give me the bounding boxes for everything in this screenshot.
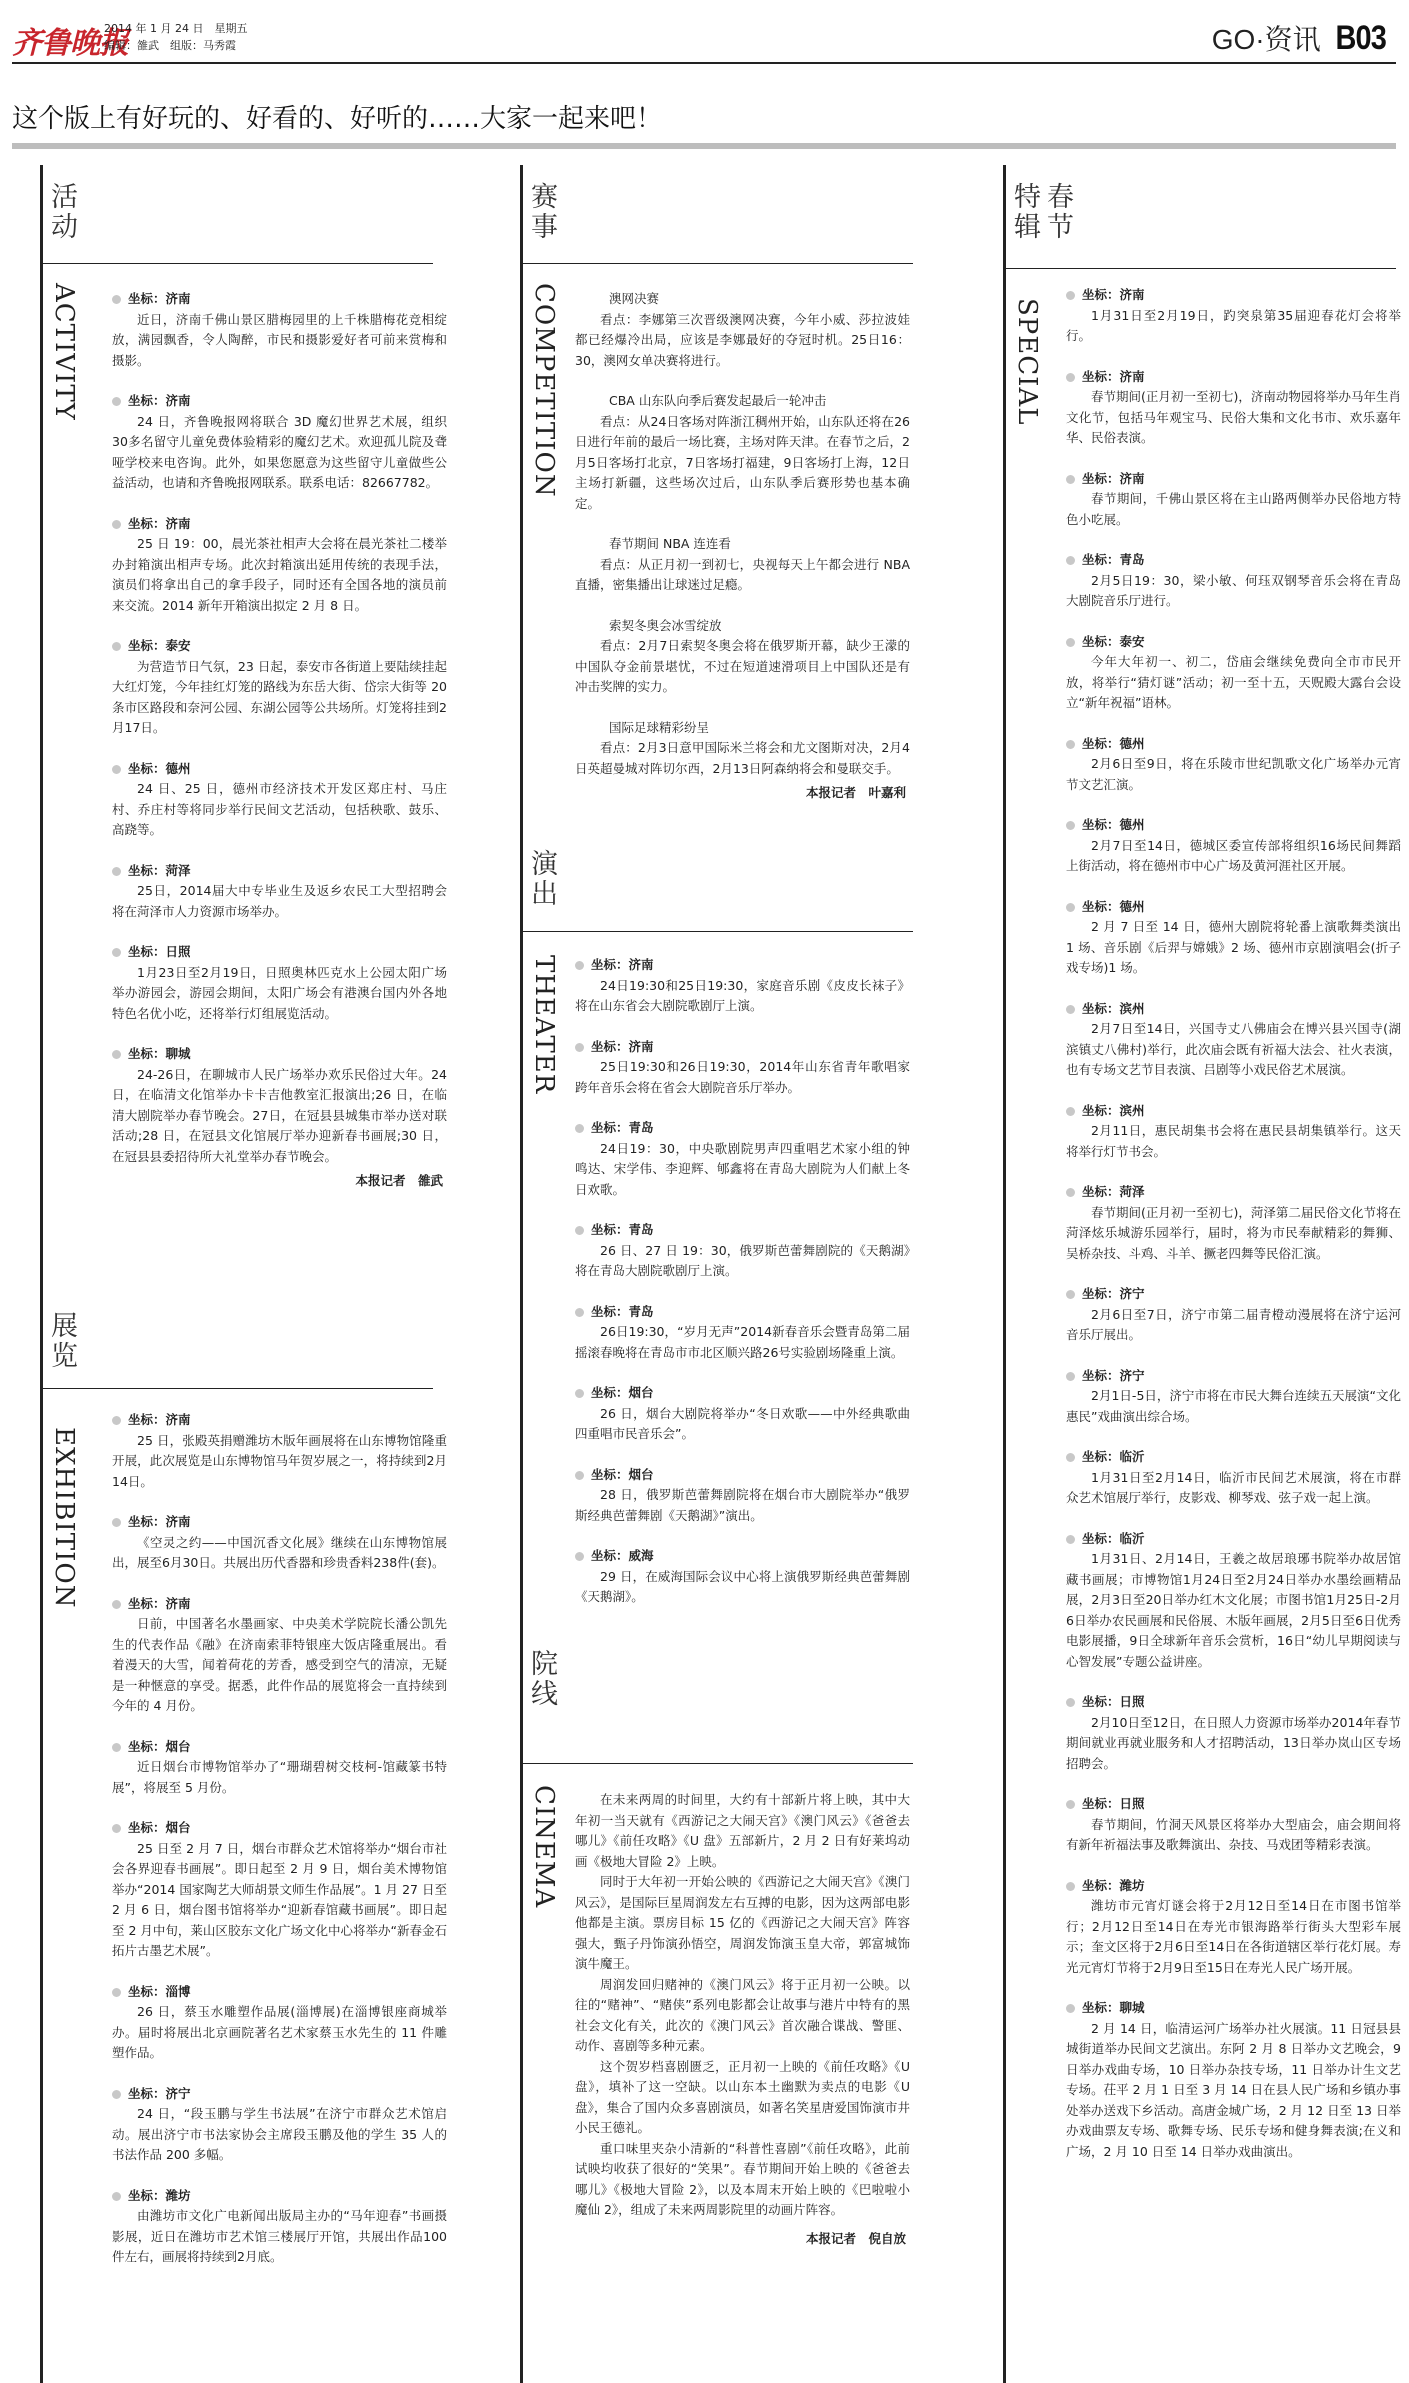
list-item: 国际足球精彩纷呈看点：2月3日意甲国际米兰将会和尤文图斯对决，2月4日英超曼城对… [575, 718, 910, 780]
entry-location: 坐标：济南 [112, 514, 447, 535]
entry-location: 坐标：菏泽 [1066, 1182, 1401, 1203]
entry-location: 坐标：临沂 [1066, 1447, 1401, 1468]
list-item: 坐标：济南1月31日至2月19日，趵突泉第35届迎春花灯会将举行。 [1066, 285, 1401, 347]
list-item: 坐标：德州2月6日至9日，将在乐陵市世纪凯歌文化广场举办元宵节文艺汇演。 [1066, 734, 1401, 796]
bullet-dot-icon [575, 1308, 584, 1317]
theater-divider [523, 931, 913, 932]
article-paragraph: 重口味里夹杂小清新的“科普性喜剧”《前任攻略》，此前试映均收获了很好的“笑果”。… [575, 2139, 910, 2221]
list-item: 坐标：济南24 日，齐鲁晚报网将联合 3D 魔幻世界艺术展，组织30多名留守儿童… [112, 391, 447, 494]
entry-heading: 坐标：临沂 [1082, 1531, 1145, 1546]
entry-body: 由潍坊市文化广电新闻出版局主办的“马年迎春”书画摄影展，近日在潍坊市艺术馆三楼展… [112, 2206, 447, 2268]
bullet-dot-icon [112, 1050, 121, 1059]
entry-body: 2月6日至9日，将在乐陵市世纪凯歌文化广场举办元宵节文艺汇演。 [1066, 754, 1401, 795]
activity-list: 坐标：济南近日，济南千佛山景区腊梅园里的上千株腊梅花竞相绽放，满园飘香，令人陶醉… [112, 289, 447, 1202]
list-item: 坐标：潍坊潍坊市元宵灯谜会将于2月12日至14日在市图书馆举行；2月12日至14… [1066, 1876, 1401, 1979]
list-item: 坐标：青岛2月5日19：30，梁小敏、何珏双钢琴音乐会将在青岛大剧院音乐厅进行。 [1066, 550, 1401, 612]
entry-heading: 坐标：济南 [128, 1412, 191, 1427]
entry-heading: 春节期间 NBA 连连看 [609, 536, 731, 551]
entry-location: 坐标：滨州 [1066, 999, 1401, 1020]
entry-body: 25 日，张殿英捐赠潍坊木版年画展将在山东博物馆隆重开展，此次展览是山东博物馆马… [112, 1431, 447, 1493]
list-item: 坐标：德州2月7日至14日，德城区委宣传部将组织16场民间舞蹈上街活动，将在德州… [1066, 815, 1401, 877]
entry-location: 坐标：济南 [575, 1037, 910, 1058]
entry-body: 春节期间(正月初一至初七)，济南动物园将举办马年生肖文化节，包括马年观宝马、民俗… [1066, 387, 1401, 449]
entry-body: 25日，2014届大中专毕业生及返乡农民工大型招聘会将在菏泽市人力资源市场举办。 [112, 881, 447, 922]
bullet-dot-icon [112, 765, 121, 774]
entry-location: 坐标：济南 [112, 1410, 447, 1431]
entry-location: 坐标：济宁 [112, 2084, 447, 2105]
entry-heading: 坐标：济宁 [1082, 1286, 1145, 1301]
list-item: 坐标：潍坊由潍坊市文化广电新闻出版局主办的“马年迎春”书画摄影展，近日在潍坊市艺… [112, 2186, 447, 2268]
entry-body: 24 日，齐鲁晚报网将联合 3D 魔幻世界艺术展，组织30多名留守儿童免费体验精… [112, 412, 447, 494]
entry-body: 26日19:30，“岁月无声”2014新春音乐会暨青岛第二届摇滚春晚将在青岛市市… [575, 1322, 910, 1363]
entry-heading: 坐标：淄博 [128, 1984, 191, 1999]
bullet-dot-icon [1066, 740, 1075, 749]
entry-location: 坐标：青岛 [1066, 550, 1401, 571]
entry-location: 坐标：聊城 [1066, 1998, 1401, 2019]
column-left: 活 动 ACTIVITY 坐标：济南近日，济南千佛山景区腊梅园里的上千株腊梅花竞… [40, 165, 480, 2383]
entry-heading: 坐标：烟台 [591, 1467, 654, 1482]
entry-body: 25日19:30和26日19:30，2014年山东省青年歌唱家跨年音乐会将在省会… [575, 1057, 910, 1098]
activity-cn-title: 活 动 [51, 183, 78, 243]
list-item: CBA 山东队向季后赛发起最后一轮冲击看点：从24日客场对阵浙江稠州开始，山东队… [575, 391, 910, 514]
list-item: 坐标：烟台近日烟台市博物馆举办了“珊瑚碧树交枝柯-馆藏篆书特展”，将展至 5 月… [112, 1737, 447, 1799]
reporter-byline: 本报记者 雒武 [112, 1171, 447, 1192]
bullet-dot-icon [575, 1471, 584, 1480]
entry-location: 坐标：德州 [1066, 815, 1401, 836]
entry-body: 为营造节日气氛，23 日起，泰安市各街道上要陆续挂起大红灯笼，今年挂红灯笼的路线… [112, 657, 447, 739]
headline-divider [12, 143, 1396, 149]
entry-location: 坐标：德州 [1066, 897, 1401, 918]
entry-heading: 坐标：济南 [128, 1514, 191, 1529]
entry-heading: 坐标：德州 [1082, 817, 1145, 832]
list-item: 坐标：济南日前，中国著名水墨画家、中央美术学院院长潘公凯先生的代表作品《融》在济… [112, 1594, 447, 1717]
entry-body: 24-26日，在聊城市人民广场举办欢乐民俗过大年。24日，在临清文化馆举办卡卡吉… [112, 1065, 447, 1168]
list-item: 坐标：日照春节期间，竹洞天风景区将举办大型庙会，庙会期间将有新年祈福法事及歌舞演… [1066, 1794, 1401, 1856]
list-item: 坐标：滨州2月7日至14日，兴国寺丈八佛庙会在博兴县兴国寺(湖滨镇丈八佛村)举行… [1066, 999, 1401, 1081]
list-item: 坐标：临沂1月31日、2月14日，王羲之故居琅琊书院举办故居馆藏书画展；市博物馆… [1066, 1529, 1401, 1673]
entry-body: 近日，济南千佛山景区腊梅园里的上千株腊梅花竞相绽放，满园飘香，令人陶醉，市民和摄… [112, 310, 447, 372]
bullet-dot-icon [112, 2192, 121, 2201]
entry-location: 坐标：济宁 [1066, 1366, 1401, 1387]
list-item: 坐标：青岛26 日、27 日 19：30，俄罗斯芭蕾舞剧院的《天鹅湖》将在青岛大… [575, 1220, 910, 1282]
list-item: 坐标：济宁2月1日-5日，济宁市将在市民大舞台连续五天展演“文化惠民”戏曲演出综… [1066, 1366, 1401, 1428]
column-right: 春 节 特 辑 SPECIAL 坐标：济南1月31日至2月19日，趵突泉第35届… [1003, 165, 1409, 2383]
entry-location: 春节期间 NBA 连连看 [575, 534, 910, 555]
entry-location: 坐标：济南 [1066, 285, 1401, 306]
list-item: 坐标：滨州2月11日，惠民胡集书会将在惠民县胡集镇举行。这天将举行灯节书会。 [1066, 1101, 1401, 1163]
entry-heading: 坐标：青岛 [591, 1222, 654, 1237]
entry-body: 春节期间，竹洞天风景区将举办大型庙会，庙会期间将有新年祈福法事及歌舞演出、杂技、… [1066, 1815, 1401, 1856]
list-item: 坐标：日照1月23日至2月19日，日照奥林匹克水上公园太阳广场举办游园会，游园会… [112, 942, 447, 1024]
entry-heading: 坐标：滨州 [1082, 1001, 1145, 1016]
entry-location: 坐标：济南 [1066, 469, 1401, 490]
entry-body: 春节期间(正月初一至初七)，菏泽第二届民俗文化节将在菏泽炫乐城游乐园举行，届时，… [1066, 1203, 1401, 1265]
issue-date: 2014 年 1 月 24 日 星期五 [104, 20, 247, 37]
article-paragraph: 周润发回归赌神的《澳门风云》将于正月初一公映。以往的“赌神”、“赌侠”系列电影都… [575, 1975, 910, 2057]
column-middle: 赛 事 COMPETITION 澳网决赛看点：李娜第三次晋级澳网决赛，今年小威、… [520, 165, 940, 2383]
bullet-dot-icon [1066, 1188, 1075, 1197]
bullet-dot-icon [1066, 903, 1075, 912]
activity-en-title: ACTIVITY [49, 283, 79, 421]
entry-location: 澳网决赛 [575, 289, 910, 310]
entry-heading: 坐标：青岛 [591, 1120, 654, 1135]
entry-location: 坐标：济宁 [1066, 1284, 1401, 1305]
bullet-dot-icon [1066, 1698, 1075, 1707]
entry-body: 25 日至 2 月 7 日，烟台市群众艺术馆将举办“烟台市社会各界迎春书画展”。… [112, 1839, 447, 1962]
entry-heading: 坐标：日照 [1082, 1694, 1145, 1709]
list-item: 坐标：烟台25 日至 2 月 7 日，烟台市群众艺术馆将举办“烟台市社会各界迎春… [112, 1818, 447, 1962]
entry-body: 看点：从正月初一到初七，央视每天上午都会进行 NBA 直播，密集播出让球迷过足瘾… [575, 555, 910, 596]
entry-body: 24 日，“段玉鹏与学生书法展”在济宁市群众艺术馆启动。展出济宁市书法家协会主席… [112, 2104, 447, 2166]
entry-body: 24 日、25 日，德州市经济技术开发区郑庄村、马庄村、乔庄村等将同步举行民间文… [112, 779, 447, 841]
entry-body: 日前，中国著名水墨画家、中央美术学院院长潘公凯先生的代表作品《融》在济南索菲特银… [112, 1614, 447, 1717]
page-number: B03 [1335, 19, 1385, 58]
entry-body: 看点：2月7日索契冬奥会将在俄罗斯开幕，缺少王濛的中国队夺金前景堪忧，不过在短道… [575, 636, 910, 698]
entry-heading: 坐标：烟台 [128, 1820, 191, 1835]
entry-location: 坐标：济南 [1066, 367, 1401, 388]
bullet-dot-icon [1066, 1800, 1075, 1809]
list-item: 坐标：聊城2 月 14 日，临清运河广场举办社火展演。11 日冠县县城街道举办民… [1066, 1998, 1401, 2162]
bullet-dot-icon [112, 2090, 121, 2099]
entry-location: 坐标：烟台 [575, 1465, 910, 1486]
entry-heading: 坐标：济南 [128, 516, 191, 531]
entry-location: 坐标：日照 [1066, 1692, 1401, 1713]
bullet-dot-icon [112, 867, 121, 876]
entry-body: 看点：李娜第三次晋级澳网决赛，今年小威、莎拉波娃都已经爆冷出局，应该是李娜最好的… [575, 310, 910, 372]
bullet-dot-icon [112, 1518, 121, 1527]
activity-divider [43, 263, 433, 264]
entry-location: 坐标：德州 [112, 759, 447, 780]
competition-list: 澳网决赛看点：李娜第三次晋级澳网决赛，今年小威、莎拉波娃都已经爆冷出局，应该是李… [575, 289, 910, 814]
entry-body: 2 月 7 日至 14 日，德州大剧院将轮番上演歌舞类演出 1 场、音乐剧《后羿… [1066, 917, 1401, 979]
entry-location: 索契冬奥会冰雪绽放 [575, 616, 910, 637]
entry-heading: 坐标：泰安 [128, 638, 191, 653]
cinema-cn-title: 院 线 [531, 1650, 558, 1710]
entry-body: 2月7日至14日，德城区委宣传部将组织16场民间舞蹈上街活动，将在德州市中心广场… [1066, 836, 1401, 877]
list-item: 坐标：烟台28 日，俄罗斯芭蕾舞剧院将在烟台市大剧院举办“俄罗斯经典芭蕾舞剧《天… [575, 1465, 910, 1527]
entry-body: 2月10日至12日，在日照人力资源市场举办2014年春节期间就业再就业服务和人才… [1066, 1713, 1401, 1775]
competition-en-title: COMPETITION [529, 283, 559, 498]
section-name: GO·资讯 [1212, 18, 1321, 58]
entry-heading: 坐标：济南 [128, 291, 191, 306]
entry-location: 坐标：济南 [575, 955, 910, 976]
entry-body: 2月1日-5日，济宁市将在市民大舞台连续五天展演“文化惠民”戏曲演出综合场。 [1066, 1386, 1401, 1427]
bullet-dot-icon [575, 1043, 584, 1052]
bullet-dot-icon [1066, 638, 1075, 647]
theater-list: 坐标：济南24日19:30和25日19:30，家庭音乐剧《皮皮长袜子》将在山东省… [575, 955, 910, 1628]
entry-location: 坐标：泰安 [1066, 632, 1401, 653]
list-item: 坐标：济南《空灵之约——中国沉香文化展》继续在山东博物馆展出，展至6月30日。共… [112, 1512, 447, 1574]
bullet-dot-icon [1066, 291, 1075, 300]
list-item: 坐标：青岛24日19：30，中央歌剧院男声四重唱艺术家小组的钟鸣达、宋学伟、李迎… [575, 1118, 910, 1200]
cinema-list: 在未来两周的时间里，大约有十部新片将上映，其中大年初一当天就有《西游记之大闹天宫… [575, 1790, 910, 2259]
special-list: 坐标：济南1月31日至2月19日，趵突泉第35届迎春花灯会将举行。坐标：济南春节… [1066, 285, 1401, 2182]
bullet-dot-icon [1066, 1453, 1075, 1462]
entry-heading: 坐标：烟台 [591, 1385, 654, 1400]
entry-location: 坐标：潍坊 [112, 2186, 447, 2207]
entry-body: 1月31日至2月14日，临沂市民间艺术展演，将在市群众艺术馆展厅举行，皮影戏、柳… [1066, 1468, 1401, 1509]
entry-heading: 坐标：济南 [128, 1596, 191, 1611]
bullet-dot-icon [1066, 1372, 1075, 1381]
bullet-dot-icon [112, 1824, 121, 1833]
special-cn-title: 春 节 特 辑 [1014, 183, 1074, 243]
special-divider [1006, 268, 1396, 269]
entry-location: 坐标：烟台 [112, 1818, 447, 1839]
exhibition-divider [43, 1388, 433, 1389]
entry-location: 坐标：济南 [112, 1594, 447, 1615]
list-item: 坐标：济南25日19:30和26日19:30，2014年山东省青年歌唱家跨年音乐… [575, 1037, 910, 1099]
list-item: 坐标：青岛26日19:30，“岁月无声”2014新春音乐会暨青岛第二届摇滚春晚将… [575, 1302, 910, 1364]
entry-heading: 坐标：日照 [1082, 1796, 1145, 1811]
entry-heading: 坐标：烟台 [128, 1739, 191, 1754]
list-item: 坐标：威海29 日，在威海国际会议中心将上演俄罗斯经典芭蕾舞剧《天鹅湖》。 [575, 1546, 910, 1608]
entry-location: 坐标：青岛 [575, 1220, 910, 1241]
entry-heading: 坐标：青岛 [591, 1304, 654, 1319]
entry-body: 26 日，烟台大剧院将举办“冬日欢歌——中外经典歌曲四重唱市民音乐会”。 [575, 1404, 910, 1445]
article-paragraph: 这个贺岁档喜剧匮乏，正月初一上映的《前任攻略》《U 盘》，填补了这一空缺。以山东… [575, 2057, 910, 2139]
entry-body: 26 日，蔡玉水雕塑作品展(淄博展)在淄博银座商城举办。届时将展出北京画院著名艺… [112, 2002, 447, 2064]
list-item: 春节期间 NBA 连连看看点：从正月初一到初七，央视每天上午都会进行 NBA 直… [575, 534, 910, 596]
masthead: 齐鲁晚报 2014 年 1 月 24 日 星期五 编辑：雒武 组版：马秀霞 GO… [12, 14, 1396, 64]
entry-heading: 坐标：德州 [1082, 736, 1145, 751]
list-item: 坐标：聊城24-26日，在聊城市人民广场举办欢乐民俗过大年。24日，在临清文化馆… [112, 1044, 447, 1167]
bullet-dot-icon [112, 948, 121, 957]
page-label: GO·资讯 B03 [1212, 18, 1390, 58]
list-item: 坐标：泰安为营造节日气氛，23 日起，泰安市各街道上要陆续挂起大红灯笼，今年挂红… [112, 636, 447, 739]
list-item: 坐标：淄博26 日，蔡玉水雕塑作品展(淄博展)在淄博银座商城举办。届时将展出北京… [112, 1982, 447, 2064]
exhibition-list: 坐标：济南25 日，张殿英捐赠潍坊木版年画展将在山东博物馆隆重开展，此次展览是山… [112, 1410, 447, 2288]
entry-body: 26 日、27 日 19：30，俄罗斯芭蕾舞剧院的《天鹅湖》将在青岛大剧院歌剧厅… [575, 1241, 910, 1282]
entry-location: 坐标：菏泽 [112, 861, 447, 882]
entry-location: 坐标：泰安 [112, 636, 447, 657]
entry-location: 坐标：潍坊 [1066, 1876, 1401, 1897]
entry-body: 潍坊市元宵灯谜会将于2月12日至14日在市图书馆举行；2月12日至14日在寿光市… [1066, 1896, 1401, 1978]
entry-heading: 坐标：威海 [591, 1548, 654, 1563]
bullet-dot-icon [112, 642, 121, 651]
bullet-dot-icon [575, 1124, 584, 1133]
entry-heading: 坐标：聊城 [1082, 2000, 1145, 2015]
list-item: 坐标：临沂1月31日至2月14日，临沂市民间艺术展演，将在市群众艺术馆展厅举行，… [1066, 1447, 1401, 1509]
list-item: 坐标：济南25 日，张殿英捐赠潍坊木版年画展将在山东博物馆隆重开展，此次展览是山… [112, 1410, 447, 1492]
entry-body: 看点：从24日客场对阵浙江稠州开始，山东队还将在26日进行年前的最后一场比赛，主… [575, 412, 910, 515]
list-item: 坐标：菏泽春节期间(正月初一至初七)，菏泽第二届民俗文化节将在菏泽炫乐城游乐园举… [1066, 1182, 1401, 1264]
entry-body: 2月7日至14日，兴国寺丈八佛庙会在博兴县兴国寺(湖滨镇丈八佛村)举行，此次庙会… [1066, 1019, 1401, 1081]
entry-body: 近日烟台市博物馆举办了“珊瑚碧树交枝柯-馆藏篆书特展”，将展至 5 月份。 [112, 1757, 447, 1798]
entry-heading: CBA 山东队向季后赛发起最后一轮冲击 [609, 393, 826, 408]
bullet-dot-icon [1066, 2004, 1075, 2013]
list-item: 坐标：泰安今年大年初一、初二，岱庙会继续免费向全市市民开放，将举行“猜灯谜”活动… [1066, 632, 1401, 714]
issue-meta: 2014 年 1 月 24 日 星期五 编辑：雒武 组版：马秀霞 [104, 20, 247, 54]
list-item: 坐标：济南24日19:30和25日19:30，家庭音乐剧《皮皮长袜子》将在山东省… [575, 955, 910, 1017]
bullet-dot-icon [1066, 1882, 1075, 1891]
entry-heading: 坐标：滨州 [1082, 1103, 1145, 1118]
bullet-dot-icon [112, 1416, 121, 1425]
entry-heading: 坐标：济南 [128, 393, 191, 408]
entry-location: 坐标：烟台 [575, 1383, 910, 1404]
entry-location: 坐标：青岛 [575, 1118, 910, 1139]
entry-heading: 坐标：日照 [128, 944, 191, 959]
bullet-dot-icon [112, 520, 121, 529]
bullet-dot-icon [1066, 1005, 1075, 1014]
cinema-en-title: CINEMA [529, 1785, 559, 1908]
entry-heading: 坐标：泰安 [1082, 634, 1145, 649]
entry-location: 坐标：济南 [112, 289, 447, 310]
bullet-dot-icon [1066, 821, 1075, 830]
list-item: 坐标：济南春节期间(正月初一至初七)，济南动物园将举办马年生肖文化节，包括马年观… [1066, 367, 1401, 449]
list-item: 索契冬奥会冰雪绽放看点：2月7日索契冬奥会将在俄罗斯开幕，缺少王濛的中国队夺金前… [575, 616, 910, 698]
entry-body: 28 日，俄罗斯芭蕾舞剧院将在烟台市大剧院举办“俄罗斯经典芭蕾舞剧《天鹅湖》”演… [575, 1485, 910, 1526]
entry-body: 今年大年初一、初二，岱庙会继续免费向全市市民开放，将举行“猜灯谜”活动；初一至十… [1066, 652, 1401, 714]
entry-body: 2 月 14 日，临清运河广场举办社火展演。11 日冠县县城街道举办民间文艺演出… [1066, 2019, 1401, 2163]
entry-location: 坐标：济南 [112, 391, 447, 412]
entry-heading: 国际足球精彩纷呈 [609, 720, 709, 735]
entry-location: 坐标：淄博 [112, 1982, 447, 2003]
entry-body: 1月31日、2月14日，王羲之故居琅琊书院举办故居馆藏书画展；市博物馆1月24日… [1066, 1549, 1401, 1672]
entry-body: 25 日 19：00，晨光茶社相声大会将在晨光茶社二楼举办封箱演出相声专场。此次… [112, 534, 447, 616]
entry-heading: 坐标：济南 [591, 957, 654, 972]
bullet-dot-icon [112, 397, 121, 406]
entry-location: CBA 山东队向季后赛发起最后一轮冲击 [575, 391, 910, 412]
entry-heading: 坐标：菏泽 [128, 863, 191, 878]
editor-credits: 编辑：雒武 组版：马秀霞 [104, 37, 247, 54]
entry-location: 坐标：日照 [1066, 1794, 1401, 1815]
list-item: 坐标：济南春节期间，千佛山景区将在主山路两侧举办民俗地方特色小吃展。 [1066, 469, 1401, 531]
page-headline: 这个版上有好玩的、好看的、好听的……大家一起来吧！ [12, 98, 662, 135]
entry-heading: 坐标：德州 [128, 761, 191, 776]
entry-body: 2月6日至7日，济宁市第二届青橙动漫展将在济宁运河音乐厅展出。 [1066, 1305, 1401, 1346]
entry-body: 24日19：30，中央歌剧院男声四重唱艺术家小组的钟鸣达、宋学伟、李迎辉、郇鑫将… [575, 1139, 910, 1201]
article-paragraph: 在未来两周的时间里，大约有十部新片将上映，其中大年初一当天就有《西游记之大闹天宫… [575, 1790, 910, 1872]
entry-location: 坐标：临沂 [1066, 1529, 1401, 1550]
entry-heading: 坐标：济宁 [1082, 1368, 1145, 1383]
bullet-dot-icon [575, 1389, 584, 1398]
bullet-dot-icon [1066, 1290, 1075, 1299]
article-paragraph: 同时于大年初一开始公映的《西游记之大闹天宫》《澳门风云》，是国际巨星周润发左右互… [575, 1872, 910, 1975]
list-item: 澳网决赛看点：李娜第三次晋级澳网决赛，今年小威、莎拉波娃都已经爆冷出局，应该是李… [575, 289, 910, 371]
reporter-byline: 本报记者 叶嘉利 [575, 783, 910, 804]
entry-location: 坐标：济南 [112, 1512, 447, 1533]
entry-heading: 坐标：济南 [591, 1039, 654, 1054]
bullet-dot-icon [112, 1988, 121, 1997]
entry-location: 坐标：德州 [1066, 734, 1401, 755]
special-en-title: SPECIAL [1012, 298, 1042, 426]
list-item: 坐标：济宁24 日，“段玉鹏与学生书法展”在济宁市群众艺术馆启动。展出济宁市书法… [112, 2084, 447, 2166]
entry-body: 1月31日至2月19日，趵突泉第35届迎春花灯会将举行。 [1066, 306, 1401, 347]
entry-body: 2月11日，惠民胡集书会将在惠民县胡集镇举行。这天将举行灯节书会。 [1066, 1121, 1401, 1162]
entry-body: 春节期间，千佛山景区将在主山路两侧举办民俗地方特色小吃展。 [1066, 489, 1401, 530]
competition-divider [523, 263, 913, 264]
list-item: 坐标：济宁2月6日至7日，济宁市第二届青橙动漫展将在济宁运河音乐厅展出。 [1066, 1284, 1401, 1346]
list-item: 坐标：济南25 日 19：00，晨光茶社相声大会将在晨光茶社二楼举办封箱演出相声… [112, 514, 447, 617]
list-item: 坐标：烟台26 日，烟台大剧院将举办“冬日欢歌——中外经典歌曲四重唱市民音乐会”… [575, 1383, 910, 1445]
entry-body: 1月23日至2月19日，日照奥林匹克水上公园太阳广场举办游园会，游园会期间，太阳… [112, 963, 447, 1025]
entry-location: 坐标：威海 [575, 1546, 910, 1567]
entry-body: 《空灵之约——中国沉香文化展》继续在山东博物馆展出，展至6月30日。共展出历代香… [112, 1533, 447, 1574]
entry-heading: 索契冬奥会冰雪绽放 [609, 618, 722, 633]
bullet-dot-icon [1066, 373, 1075, 382]
entry-heading: 坐标：菏泽 [1082, 1184, 1145, 1199]
entry-heading: 坐标：聊城 [128, 1046, 191, 1061]
bullet-dot-icon [575, 1226, 584, 1235]
list-item: 坐标：德州24 日、25 日，德州市经济技术开发区郑庄村、马庄村、乔庄村等将同步… [112, 759, 447, 841]
bullet-dot-icon [1066, 556, 1075, 565]
entry-heading: 坐标：潍坊 [1082, 1878, 1145, 1893]
theater-cn-title: 演 出 [531, 850, 558, 910]
exhibition-en-title: EXHIBITION [49, 1427, 79, 1609]
list-item: 坐标：济南近日，济南千佛山景区腊梅园里的上千株腊梅花竞相绽放，满园飘香，令人陶醉… [112, 289, 447, 371]
entry-location: 坐标：日照 [112, 942, 447, 963]
bullet-dot-icon [1066, 1107, 1075, 1116]
entry-location: 坐标：聊城 [112, 1044, 447, 1065]
reporter-byline: 本报记者 倪自放 [575, 2229, 910, 2250]
entry-body: 24日19:30和25日19:30，家庭音乐剧《皮皮长袜子》将在山东省会大剧院歌… [575, 976, 910, 1017]
entry-body: 看点：2月3日意甲国际米兰将会和尤文图斯对决，2月4日英超曼城对阵切尔西，2月1… [575, 738, 910, 779]
bullet-dot-icon [112, 1600, 121, 1609]
exhibition-cn-title: 展 览 [51, 1312, 78, 1372]
list-item: 坐标：日照2月10日至12日，在日照人力资源市场举办2014年春节期间就业再就业… [1066, 1692, 1401, 1774]
entry-heading: 坐标：临沂 [1082, 1449, 1145, 1464]
entry-location: 国际足球精彩纷呈 [575, 718, 910, 739]
entry-heading: 坐标：青岛 [1082, 552, 1145, 567]
entry-body: 29 日，在威海国际会议中心将上演俄罗斯经典芭蕾舞剧《天鹅湖》。 [575, 1567, 910, 1608]
entry-heading: 坐标：潍坊 [128, 2188, 191, 2203]
entry-heading: 坐标：济南 [1082, 287, 1145, 302]
list-item: 坐标：菏泽25日，2014届大中专毕业生及返乡农民工大型招聘会将在菏泽市人力资源… [112, 861, 447, 923]
entry-location: 坐标：青岛 [575, 1302, 910, 1323]
entry-heading: 坐标：济南 [1082, 471, 1145, 486]
bullet-dot-icon [112, 295, 121, 304]
theater-en-title: THEATER [529, 955, 559, 1094]
cinema-divider [523, 1763, 913, 1764]
entry-heading: 坐标：德州 [1082, 899, 1145, 914]
entry-location: 坐标：滨州 [1066, 1101, 1401, 1122]
competition-cn-title: 赛 事 [531, 183, 558, 243]
bullet-dot-icon [1066, 1535, 1075, 1544]
bullet-dot-icon [112, 1743, 121, 1752]
bullet-dot-icon [1066, 475, 1075, 484]
entry-body: 2月5日19：30，梁小敏、何珏双钢琴音乐会将在青岛大剧院音乐厅进行。 [1066, 571, 1401, 612]
entry-heading: 澳网决赛 [609, 291, 659, 306]
entry-heading: 坐标：济宁 [128, 2086, 191, 2101]
bullet-dot-icon [575, 961, 584, 970]
bullet-dot-icon [575, 1552, 584, 1561]
entry-location: 坐标：烟台 [112, 1737, 447, 1758]
entry-heading: 坐标：济南 [1082, 369, 1145, 384]
list-item: 坐标：德州2 月 7 日至 14 日，德州大剧院将轮番上演歌舞类演出 1 场、音… [1066, 897, 1401, 979]
